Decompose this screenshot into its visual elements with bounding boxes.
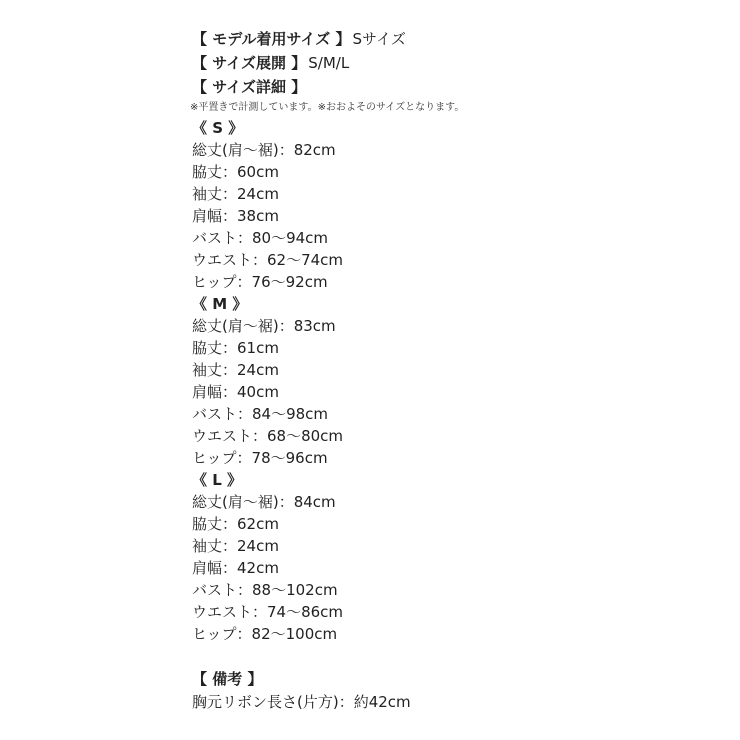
size-range-value: S/M/L xyxy=(308,54,349,72)
section-spacer xyxy=(192,645,712,667)
spec-row-side-length: 脇丈：60cm xyxy=(192,161,712,183)
spec-row-bust: バスト：84〜98cm xyxy=(192,403,712,425)
spec-row-total-length: 総丈(肩〜裾)：84cm xyxy=(192,491,712,513)
spec-row-shoulder-width: 肩幅：40cm xyxy=(192,381,712,403)
spec-row-hip: ヒップ：76〜92cm xyxy=(192,271,712,293)
spec-row-waist: ウエスト：62〜74cm xyxy=(192,249,712,271)
size-detail-label: 【 サイズ詳細 】 xyxy=(192,78,306,96)
remarks-block: 【 備考 】 胸元リボン長さ(片方)：約42cm xyxy=(192,667,712,713)
spec-row-side-length: 脇丈：62cm xyxy=(192,513,712,535)
model-size-value: Sサイズ xyxy=(353,30,406,48)
size-label-m: 《 M 》 xyxy=(192,293,712,315)
spec-row-sleeve-length: 袖丈：24cm xyxy=(192,535,712,557)
size-detail-heading: 【 サイズ詳細 】 xyxy=(192,75,712,99)
size-block-l: 《 L 》 総丈(肩〜裾)：84cm 脇丈：62cm 袖丈：24cm 肩幅：42… xyxy=(192,469,712,645)
model-size-line: 【 モデル着用サイズ 】Sサイズ xyxy=(192,27,712,51)
spec-row-shoulder-width: 肩幅：42cm xyxy=(192,557,712,579)
spec-row-total-length: 総丈(肩〜裾)：82cm xyxy=(192,139,712,161)
spec-row-total-length: 総丈(肩〜裾)：83cm xyxy=(192,315,712,337)
size-block-s: 《 S 》 総丈(肩〜裾)：82cm 脇丈：60cm 袖丈：24cm 肩幅：38… xyxy=(192,117,712,293)
size-range-line: 【 サイズ展開 】S/M/L xyxy=(192,51,712,75)
size-spec-document: 【 モデル着用サイズ 】Sサイズ 【 サイズ展開 】S/M/L 【 サイズ詳細 … xyxy=(192,27,712,713)
spec-row-sleeve-length: 袖丈：24cm xyxy=(192,183,712,205)
spec-row-side-length: 脇丈：61cm xyxy=(192,337,712,359)
measurement-note: ※平置きで計測しています。※おおよそのサイズとなります。 xyxy=(190,99,712,117)
spec-row-hip: ヒップ：78〜96cm xyxy=(192,447,712,469)
spec-row-waist: ウエスト：74〜86cm xyxy=(192,601,712,623)
model-size-label: 【 モデル着用サイズ 】 xyxy=(192,30,351,48)
spec-row-shoulder-width: 肩幅：38cm xyxy=(192,205,712,227)
spec-row-sleeve-length: 袖丈：24cm xyxy=(192,359,712,381)
size-range-label: 【 サイズ展開 】 xyxy=(192,54,306,72)
remarks-heading: 【 備考 】 xyxy=(192,667,712,691)
spec-row-bust: バスト：88〜102cm xyxy=(192,579,712,601)
size-label-l: 《 L 》 xyxy=(192,469,712,491)
spec-row-bust: バスト：80〜94cm xyxy=(192,227,712,249)
remarks-label: 【 備考 】 xyxy=(192,670,262,688)
size-label-s: 《 S 》 xyxy=(192,117,712,139)
size-block-m: 《 M 》 総丈(肩〜裾)：83cm 脇丈：61cm 袖丈：24cm 肩幅：40… xyxy=(192,293,712,469)
spec-row-hip: ヒップ：82〜100cm xyxy=(192,623,712,645)
remarks-row-ribbon-length: 胸元リボン長さ(片方)：約42cm xyxy=(192,691,712,713)
spec-row-waist: ウエスト：68〜80cm xyxy=(192,425,712,447)
